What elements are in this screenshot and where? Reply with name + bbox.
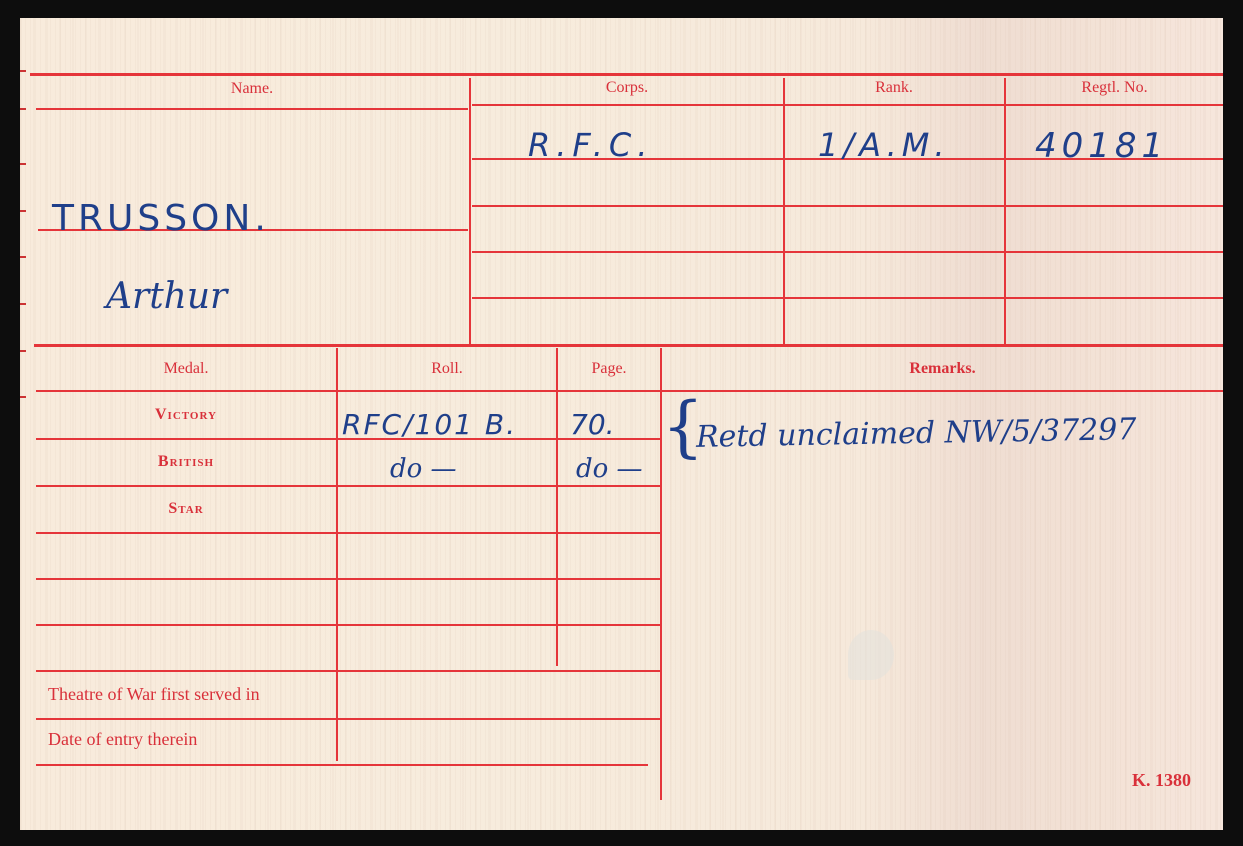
remarks-value: Retd unclaimed NW/5/37297	[696, 412, 1137, 455]
medal-label: Medal.	[36, 360, 336, 378]
corps-row-rule-3	[472, 251, 1223, 253]
regtl-no-label: Regtl. No.	[1006, 79, 1223, 97]
margin-tick	[20, 303, 26, 305]
name-corps-divider	[469, 78, 471, 346]
corps-value: R.F.C.	[528, 126, 653, 164]
medal-row-rule-3	[36, 532, 660, 534]
bottom-rule	[36, 764, 648, 766]
theatre-rule	[36, 718, 660, 720]
margin-tick	[20, 163, 26, 165]
british-page-value: do —	[576, 454, 643, 484]
margin-tick	[20, 396, 26, 398]
medal-header-rule	[36, 390, 1223, 392]
corps-row-rule-4	[472, 297, 1223, 299]
rank-label: Rank.	[784, 79, 1004, 97]
medal-british: British	[36, 453, 336, 471]
regtl-no-value: 40181	[1035, 126, 1168, 166]
medal-row-rule-6	[36, 670, 660, 672]
medal-index-card: Name. Corps. Rank. Regtl. No. TRUSSON. A…	[20, 18, 1223, 830]
medal-star: Star	[36, 500, 336, 518]
corps-rank-divider	[783, 78, 785, 346]
remarks-label: Remarks.	[662, 360, 1223, 378]
corps-label: Corps.	[472, 79, 782, 97]
faint-stamp-mark	[848, 630, 894, 680]
section-divider	[34, 344, 1223, 347]
form-number: K. 1380	[1132, 770, 1191, 791]
theatre-label: Theatre of War first served in	[48, 684, 260, 705]
medal-row-rule-5	[36, 624, 660, 626]
margin-tick	[20, 108, 26, 110]
roll-label: Roll.	[338, 360, 556, 378]
medal-row-rule-2	[36, 485, 660, 487]
forename-value: Arthur	[106, 276, 227, 317]
margin-tick	[20, 350, 26, 352]
surname-value: TRUSSON.	[52, 198, 270, 239]
name-label: Name.	[36, 80, 468, 98]
top-border-line	[30, 73, 1223, 76]
name-header-rule	[36, 108, 468, 110]
date-label: Date of entry therein	[48, 729, 197, 750]
medal-victory: Victory	[36, 406, 336, 424]
margin-tick	[20, 210, 26, 212]
rank-regtl-divider	[1004, 78, 1006, 346]
page-label: Page.	[558, 360, 660, 378]
victory-page-value: 70.	[570, 408, 615, 441]
british-roll-value: do —	[390, 454, 457, 484]
roll-page-divider	[556, 348, 558, 666]
rank-value: 1/A.M.	[818, 126, 950, 164]
margin-tick	[20, 256, 26, 258]
corps-header-rule	[472, 104, 1223, 106]
victory-roll-value: RFC/101 B.	[342, 408, 517, 441]
medal-row-rule-4	[36, 578, 660, 580]
corps-row-rule-2	[472, 205, 1223, 207]
margin-tick	[20, 70, 26, 72]
medal-roll-divider	[336, 348, 338, 761]
